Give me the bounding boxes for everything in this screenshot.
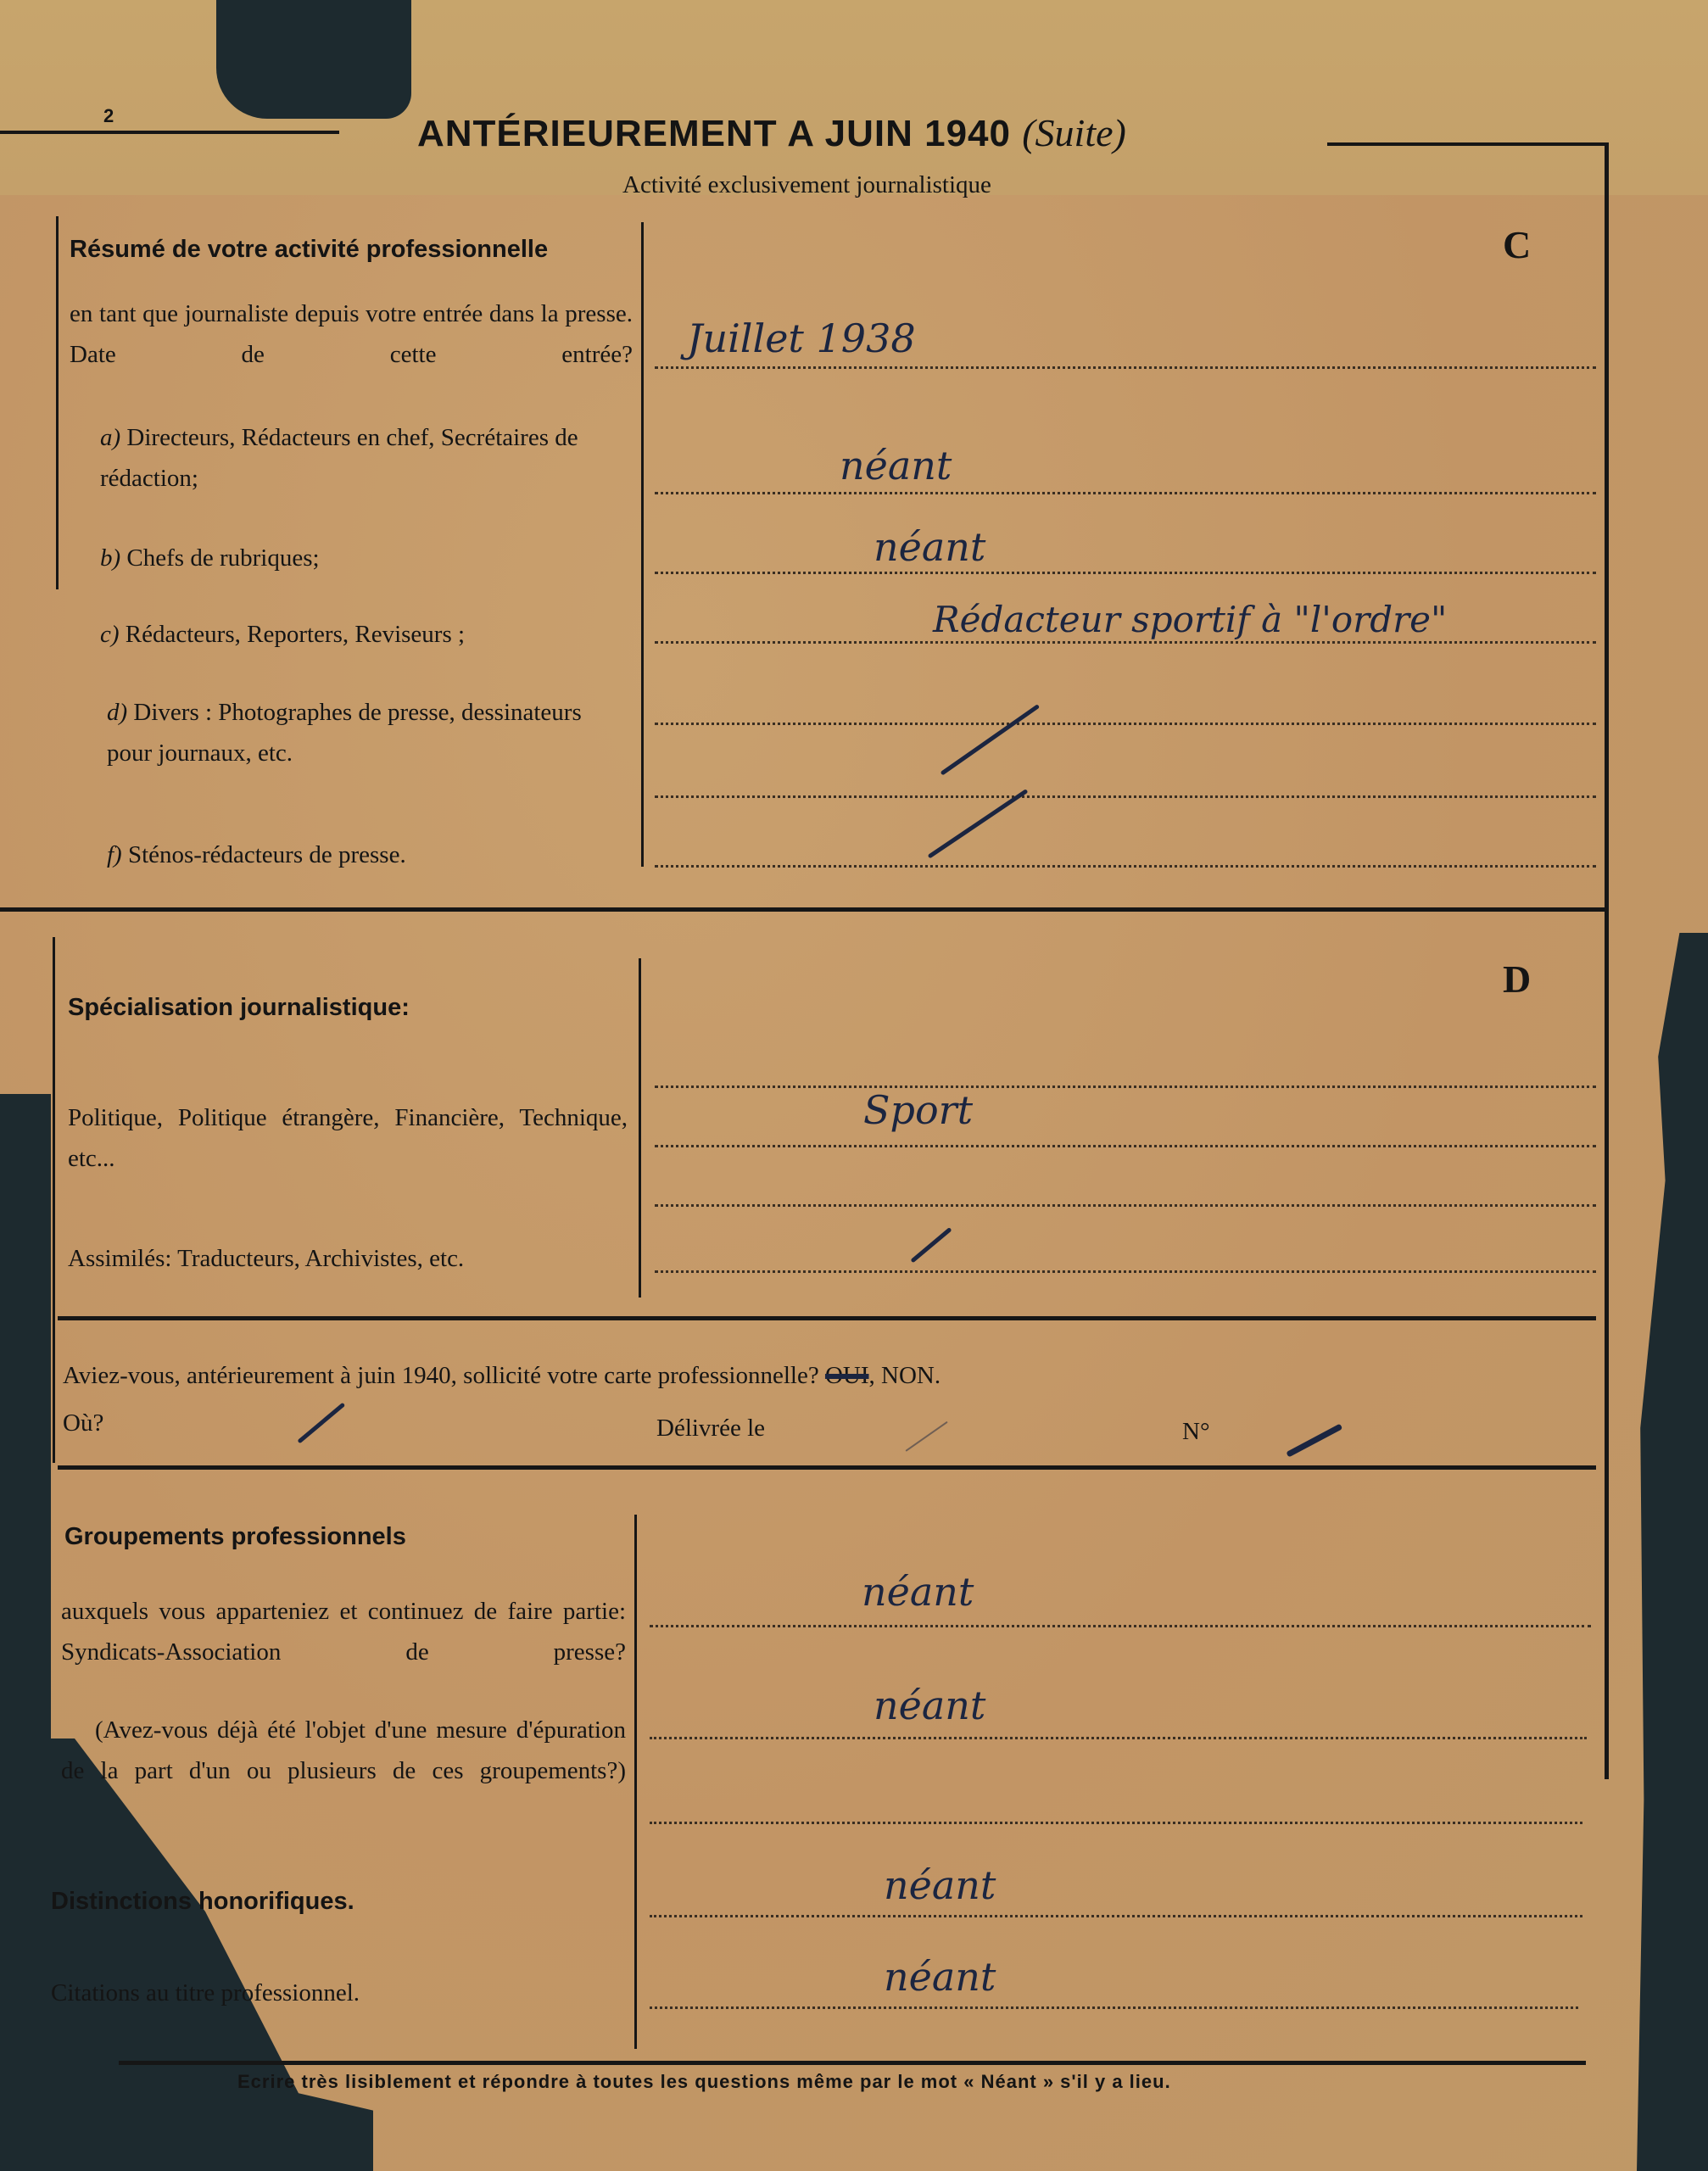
groupements-divider [634,1515,637,2049]
answer-line [650,1915,1582,1917]
citations-label: Citations au titre professionnel. [51,1973,360,2013]
answer-line [655,1145,1596,1147]
distinctions-label: Distinctions honorifiques. [51,1888,354,1916]
section-d-divider [639,958,641,1298]
footer-instruction: Ecrire très lisiblement et répondre à to… [237,2071,1171,2093]
header-rule-right [1327,142,1607,146]
answer-line [655,865,1596,868]
carte-top-rule [58,1316,1596,1320]
item-a-label: Directeurs, Rédacteurs en chef, Secrétai… [100,424,578,492]
carte-question-row: Aviez-vous, antérieurement à juin 1940, … [63,1355,941,1396]
groupements-heading: Groupements professionnels [64,1523,406,1551]
section-d-assimiles: Assimilés: Traducteurs, Archivistes, etc… [68,1238,464,1279]
item-d: d) Divers : Photographes de presse, dess… [107,692,633,773]
answer-entry-date[interactable]: Juillet 1938 [687,315,916,361]
answer-distinctions[interactable]: néant [884,1862,996,1908]
title-suffix: (Suite) [1022,111,1126,154]
item-f: f) Sténos-rédacteurs de presse. [107,834,406,875]
carte-bottom-rule [58,1465,1596,1470]
section-d-letter: D [1503,957,1531,1002]
item-d-marker: d) [107,699,127,726]
section-c-intro: en tant que journaliste depuis votre ent… [70,293,633,375]
answer-line [650,1625,1591,1627]
groupements-text: auxquels vous apparteniez et continuez d… [61,1591,626,1672]
answer-c[interactable]: Rédacteur sportif à "l'ordre" [933,599,1447,640]
page-subtitle: Activité exclusivement journalistique [622,171,991,199]
page-number: 2 [103,105,114,127]
title-text: ANTÉRIEUREMENT A JUIN 1940 [417,113,1011,154]
item-f-label: Sténos-rédacteurs de presse. [128,841,406,868]
item-d-label: Divers : Photographes de presse, dessina… [107,699,582,767]
answer-line [655,1085,1596,1088]
answer-a[interactable]: néant [840,443,952,488]
frame-right [1605,142,1609,1779]
item-a-marker: a) [100,424,120,451]
answer-line [655,723,1596,725]
item-c-label: Rédacteurs, Reporters, Reviseurs ; [126,621,465,648]
number-label: N° [1182,1411,1210,1452]
section-c-left-bracket [56,216,59,589]
answer-line [655,572,1596,574]
section-d-specialties: Politique, Politique étrangère, Financiè… [68,1097,628,1179]
answer-epuration[interactable]: néant [874,1683,985,1728]
section-c-bottom-rule [0,907,1605,912]
footer-rule [119,2061,1586,2065]
answer-citations[interactable]: néant [884,1954,996,2000]
answer-specialty[interactable]: Sport [863,1087,973,1133]
header-rule-left [0,131,339,134]
answer-line [655,1270,1596,1273]
section-c-heading: Résumé de votre activité professionnelle [70,236,548,264]
item-b-label: Chefs de rubriques; [126,544,319,572]
item-a: a) Directeurs, Rédacteurs en chef, Secré… [100,417,633,499]
answer-line [655,366,1596,369]
option-non[interactable]: NON. [881,1362,941,1389]
item-c: c) Rédacteurs, Reporters, Reviseurs ; [100,614,465,655]
answer-line [655,1204,1596,1207]
where-label: Où? [63,1403,103,1443]
answer-line [650,1822,1582,1824]
answer-line [650,2006,1578,2009]
answer-line [655,641,1596,644]
section-d-heading: Spécialisation journalistique: [68,994,410,1022]
answer-line [655,492,1596,494]
answer-groupements[interactable]: néant [862,1569,974,1615]
item-b: b) Chefs de rubriques; [100,538,320,578]
item-f-marker: f) [107,841,122,868]
delivered-label: Délivrée le [656,1408,765,1448]
item-b-marker: b) [100,544,120,572]
section-d-left-border [53,937,55,1463]
option-oui-struck[interactable]: OUI [825,1362,869,1389]
groupements-epuration: (Avez-vous déjà été l'objet d'une mesure… [61,1710,626,1791]
carte-question: Aviez-vous, antérieurement à juin 1940, … [63,1362,819,1389]
item-c-marker: c) [100,621,120,648]
section-c-divider [641,222,644,867]
page-title: ANTÉRIEUREMENT A JUIN 1940 (Suite) [417,110,1126,155]
answer-line [655,795,1596,798]
answer-b[interactable]: néant [874,524,985,570]
torn-hole-top [216,0,411,119]
answer-line [650,1737,1587,1739]
section-c-letter: C [1503,222,1531,267]
